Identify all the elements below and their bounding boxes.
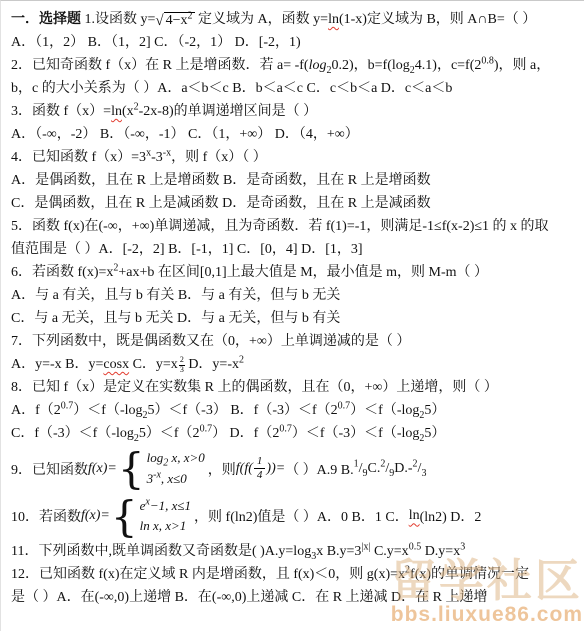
text-run: 10．若函数: [11, 506, 81, 526]
text-run: (x: [122, 104, 134, 119]
text-run: C．y=x: [129, 357, 178, 372]
q12-options: 是（ ）A．在(-∞,0)上递增 B．在(-∞,0)上递减 C．在 R 上递减 …: [11, 586, 581, 609]
text-run: f(x)=: [88, 461, 117, 477]
q1-options: A．（1，2） B．（1，2] C．（-2，1） D．[-2，1): [11, 31, 581, 54]
q4-options-cd: C．是偶函数，且在 R 上是减函数 D．是奇函数，且在 R 上是减函数: [11, 192, 581, 215]
radical-icon: √: [155, 12, 163, 30]
q4-options-ab: A．是偶函数，且在 R 上是增函数 B．是奇函数，且在 R 上是增函数: [11, 169, 581, 192]
text-run: x B.y=3: [316, 544, 361, 559]
text-run: 3．函数 f（x）=: [11, 104, 111, 119]
text-run: ） D．f（2: [212, 426, 279, 441]
q7-stem: 7．下列函数中，既是偶函数又在（0，+∞）上单调递减的是（ ）: [11, 330, 581, 353]
text-run: 8．已知 f（x）是定义在实数集 R 上的偶函数，且在（0，+∞）上递增，则（ …: [11, 380, 498, 395]
text-run: f(x)的单调情况一定: [410, 567, 529, 582]
q8-options-cd: C．f（-3）＜f（-log25）＜f（20.7） D．f（20.7）＜f（-3…: [11, 422, 581, 445]
radicand: 4−x2: [164, 12, 195, 30]
text-run: 4−x: [166, 13, 188, 28]
text-run: C.: [368, 461, 381, 477]
text-run: cosx: [103, 357, 129, 372]
text-run: -3: [151, 150, 163, 165]
text-run: C．与 a 无关，且与 b 无关 D．与 a 无关，但与 b 有关: [11, 311, 340, 326]
q10-stem: 10．若函数 f(x)={ex−1, x≤1ln x, x>1，则 f(ln2)…: [11, 493, 581, 541]
text-run: A．（1，2） B．（1，2] C．（-2，1） D．[-2，1): [11, 35, 301, 50]
text-run: (1-x)定义域为 B，则 A∩B=（ ）: [339, 12, 536, 27]
text-run: ln: [328, 12, 339, 27]
q4-stem: 4．已知函数 f（x）=3x-3-x，则 f（x）（ ）: [11, 146, 581, 169]
piecewise-function: {ex−1, x≤1ln x, x>1: [111, 496, 191, 538]
exponent-denominator: 3: [180, 366, 184, 375]
text-run: ，则: [208, 459, 236, 479]
text-run: ）＜f（-log: [73, 403, 142, 418]
text-run: ln: [409, 508, 420, 524]
text-run: 5）: [424, 426, 445, 441]
q3-options: A．（-∞，-2） B．（-∞，-1） C．（1，+∞） D．（4，+∞）: [11, 123, 581, 146]
piecewise-row: ln x, x>1: [140, 516, 191, 537]
text-run: ln x, x>1: [140, 518, 187, 533]
text-run: D.-: [394, 461, 412, 477]
q5-options: 值范围是（ ）A．[-2，2] B．[-1，1] C．[0，4] D．[1，3]: [11, 238, 581, 261]
text-run: 2．已知奇函数 f（x）在 R 上是增函数．若 a= -f(: [11, 58, 309, 73]
inline-fraction: 2/3: [413, 461, 427, 477]
text-run: 一．选择题: [11, 12, 81, 27]
text-run: 7．下列函数中，既是偶函数又在（0，+∞）上单调递减的是（ ）: [11, 334, 410, 349]
text-run: 5）＜f（-3） B．f（-3）＜f（2: [148, 403, 338, 418]
text-run: ）＜f（-3）＜f（-log: [292, 426, 420, 441]
text-run: 是（ ）A．在(-∞,0)上递增 B．在(-∞,0)上递减 C．在 R 上递减 …: [11, 590, 488, 605]
q6-options-cd: C．与 a 无关，且与 b 无关 D．与 a 无关，但与 b 有关: [11, 307, 581, 330]
q2-options: b，c 的大小关系为（ ）A．a＜b＜c B．b＜a＜c C．c＜b＜a D．c…: [11, 77, 581, 100]
text-run: x, x>0: [168, 450, 205, 465]
text-run: 5）＜f（2: [139, 426, 200, 441]
text-run: ）＜f（-log: [350, 403, 419, 418]
text-run: A．与 a 有关，且与 b 有关 B．与 a 有关，但与 b 无关: [11, 288, 340, 303]
text-run: A．（-∞，-2） B．（-∞，-1） C．（1，+∞） D．（4，+∞）: [11, 127, 359, 142]
text-run: b，c 的大小关系为（ ）A．a＜b＜c B．b＜a＜c C．c＜b＜a D．c…: [11, 81, 452, 96]
piecewise-row: log2 x, x>0: [147, 448, 205, 469]
q8-stem: 8．已知 f（x）是定义在实数集 R 上的偶函数，且在（0，+∞）上递增，则（ …: [11, 376, 581, 399]
text-run: , x≤0: [161, 471, 187, 486]
piecewise-function: {log2 x, x>03-x, x≤0: [118, 448, 205, 490]
text-run: A．y=-x B．y=: [11, 357, 103, 372]
piecewise-row: 3-x, x≤0: [147, 469, 205, 490]
text-run: 6．若函数 f(x)=x: [11, 265, 113, 280]
text-run: log: [309, 58, 327, 73]
text-run: 5）: [424, 403, 445, 418]
brace-icon: {: [111, 499, 138, 535]
text-run: C．是偶函数，且在 R 上是减函数 D．是奇函数，且在 R 上是减函数: [11, 196, 431, 211]
text-run: 12．已知函数 f(x)在定义域 R 内是增函数，且 f(x)＜0，则 g(x)…: [11, 567, 405, 582]
document-page: { "watermark": { "big_text": "留学社区", "ur…: [0, 0, 584, 631]
fraction: 14: [254, 455, 266, 484]
text-run: ，则 f(ln2)值是（ ）A．0 B．1 C．: [194, 506, 409, 526]
fraction-numerator: 1: [254, 455, 266, 470]
text-run: -2x-8)的单调递增区间是（ ）: [139, 104, 318, 119]
text-run: 定义域为 A，函数 y=: [195, 12, 329, 27]
q11-stem: 11．下列函数中,既单调函数又奇函数是( )A.y=log3x B.y=3|x|…: [11, 540, 581, 563]
inline-fraction: 2/9: [380, 461, 394, 477]
text-run: (ln2) D．2: [420, 506, 482, 526]
text-run: ))=: [266, 461, 285, 477]
q6-options-ab: A．与 a 有关，且与 b 有关 B．与 a 有关，但与 b 无关: [11, 284, 581, 307]
piecewise-rows: ex−1, x≤1ln x, x>1: [140, 496, 191, 538]
q8-options-ab: A．f（20.7）＜f（-log25）＜f（-3） B．f（-3）＜f（20.7…: [11, 399, 581, 422]
q9-stem: 9．已知函数 f(x)={log2 x, x>03-x, x≤0，则 f(f(1…: [11, 445, 581, 493]
text-run: ln: [111, 104, 122, 119]
text-run: 4.1)，c=f(2: [415, 58, 482, 73]
q2-stem-line1: 2．已知奇函数 f（x）在 R 上是增函数．若 a= -f(log20.2)，b…: [11, 54, 581, 77]
text-run: （ ）A.9 B.: [285, 459, 353, 479]
text-run: 值范围是（ ）A．[-2，2] B．[-1，1] C．[0，4] D．[1，3]: [11, 242, 363, 257]
text-run: 9．已知函数: [11, 459, 88, 479]
text-run: +ax+b 在区间[0,1]上最大值是 M，最小值是 m，则 M-m（ ）: [118, 265, 488, 280]
piecewise-row: ex−1, x≤1: [140, 496, 191, 517]
text-run: C.y=x: [370, 544, 408, 559]
q5-stem-line1: 5．函数 f(x)在(-∞，+∞)单调递减，且为奇函数．若 f(1)=-1，则满…: [11, 215, 581, 238]
text-run: C．f（-3）＜f（-log: [11, 426, 134, 441]
sqrt-expression: √4−x2: [155, 12, 194, 30]
text-run: A．f（2: [11, 403, 61, 418]
text-run: A．是偶函数，且在 R 上是增函数 B．是奇函数，且在 R 上是增函数: [11, 173, 431, 188]
text-run: f(f(: [236, 461, 253, 477]
text-run: log: [147, 450, 164, 465]
piecewise-rows: log2 x, x>03-x, x≤0: [147, 448, 205, 490]
q1-stem: 一．选择题 1.设函数 y=√4−x2 定义域为 A，函数 y=ln(1-x)定…: [11, 8, 581, 31]
q12-stem-line1: 12．已知函数 f(x)在定义域 R 内是增函数，且 f(x)＜0，则 g(x)…: [11, 563, 581, 586]
q3-stem: 3．函数 f（x）=ln(x2-2x-8)的单调递增区间是（ ）: [11, 100, 581, 123]
text-run: )，则 a，: [494, 58, 550, 73]
text-run: 4．已知函数 f（x）=3: [11, 150, 146, 165]
text-run: 1.设函数 y=: [81, 12, 155, 27]
text-run: D．y=-x: [185, 357, 239, 372]
text-run: f(x)=: [81, 508, 110, 524]
text-run: ，则 f（x）（ ）: [171, 150, 267, 165]
brace-icon: {: [118, 451, 145, 487]
inline-fraction: 1/9: [354, 461, 368, 477]
text-run: 11．下列函数中,既单调函数又奇函数是( )A.y=log: [11, 544, 311, 559]
q6-stem: 6．若函数 f(x)=x2+ax+b 在区间[0,1]上最大值是 M，最小值是 …: [11, 261, 581, 284]
exam-question-list: 一．选择题 1.设函数 y=√4−x2 定义域为 A，函数 y=ln(1-x)定…: [1, 1, 584, 609]
q7-options: A．y=-x B．y=cosx C．y=x23 D．y=-x2: [11, 353, 581, 376]
text-run: 5．函数 f(x)在(-∞，+∞)单调递减，且为奇函数．若 f(1)=-1，则满…: [11, 219, 549, 234]
text-run: −1, x≤1: [150, 498, 191, 513]
text-run: D.y=x: [421, 544, 460, 559]
text-run: 0.2)，b=f(log: [332, 58, 410, 73]
fraction-denominator: 4: [257, 469, 263, 483]
